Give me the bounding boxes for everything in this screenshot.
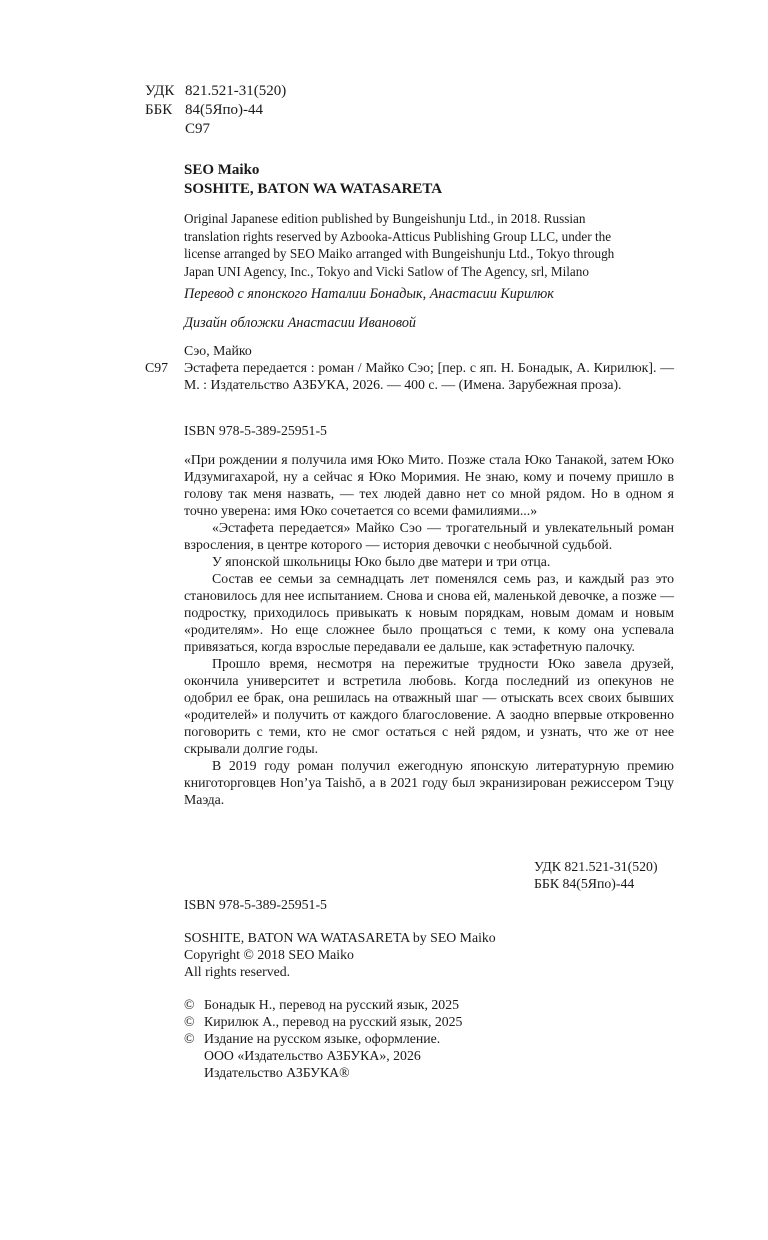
- udk-label: УДК: [145, 82, 185, 101]
- original-title-block: SEO Maiko SOSHITE, BATON WA WATASARETA: [184, 161, 442, 199]
- original-author: SEO Maiko: [184, 161, 442, 180]
- rights-line: ©Издание на русском языке, оформление.: [184, 1030, 462, 1047]
- annotation: «При рождении я получила имя Юко Мито. П…: [184, 451, 674, 808]
- translation-credit: Перевод с японского Наталии Бонадык, Ана…: [184, 285, 554, 303]
- annotation-paragraph: «Эстафета передается» Майко Сэо — трогат…: [184, 519, 674, 553]
- copyright-symbol: ©: [184, 1013, 204, 1030]
- bibliographic-sign: С97: [145, 359, 168, 376]
- copyright-line: All rights reserved.: [184, 963, 496, 980]
- original-copyright: SOSHITE, BATON WA WATASARETA by SEO Maik…: [184, 929, 496, 980]
- annotation-paragraph: У японской школьницы Юко было две матери…: [184, 553, 674, 570]
- cover-design-credit: Дизайн обложки Анастасии Ивановой: [184, 314, 416, 332]
- original-title: SOSHITE, BATON WA WATASARETA: [184, 180, 442, 199]
- original-edition-notice: Original Japanese edition published by B…: [184, 210, 676, 280]
- annotation-paragraph: В 2019 году роман получил ежегодную япон…: [184, 757, 674, 808]
- footer-classification: УДК 821.521-31(520) ББК 84(5Япо)-44: [534, 858, 658, 892]
- bbk-value: 84(5Япо)-44: [185, 101, 263, 120]
- copyright-line: SOSHITE, BATON WA WATASARETA by SEO Maik…: [184, 929, 496, 946]
- rights-line: ©Кирилюк А., перевод на русский язык, 20…: [184, 1013, 462, 1030]
- rights-line: ©Бонадык Н., перевод на русский язык, 20…: [184, 996, 462, 1013]
- footer-udk: УДК 821.521-31(520): [534, 858, 658, 875]
- bbk-label: ББК: [145, 101, 185, 120]
- author-sign: С97: [185, 120, 210, 139]
- bibliographic-author: Сэо, Майко: [184, 342, 674, 359]
- bibliographic-description: Эстафета передается : роман / Майко Сэо;…: [184, 359, 674, 393]
- classification-codes: УДК821.521-31(520) ББК84(5Япо)-44 С97: [145, 82, 286, 139]
- russian-rights: ©Бонадык Н., перевод на русский язык, 20…: [184, 996, 462, 1081]
- copyright-page: УДК821.521-31(520) ББК84(5Япо)-44 С97 SE…: [0, 0, 768, 1240]
- annotation-paragraph: Прошло время, несмотря на пережитые труд…: [184, 655, 674, 757]
- rights-line: Издательство АЗБУКА®: [184, 1064, 462, 1081]
- edition-line: Japan UNI Agency, Inc., Tokyo and Vicki …: [184, 263, 676, 281]
- annotation-paragraph: «При рождении я получила имя Юко Мито. П…: [184, 451, 674, 519]
- bibliographic-record: Сэо, Майко Эстафета передается : роман /…: [184, 342, 674, 393]
- annotation-paragraph: Состав ее семьи за семнадцать лет поменя…: [184, 570, 674, 655]
- copyright-symbol: ©: [184, 996, 204, 1013]
- rights-line: ООО «Издательство АЗБУКА», 2026: [184, 1047, 462, 1064]
- footer-bbk: ББК 84(5Япо)-44: [534, 875, 658, 892]
- copyright-line: Copyright © 2018 SEO Maiko: [184, 946, 496, 963]
- edition-line: Original Japanese edition published by B…: [184, 210, 676, 228]
- footer-isbn: ISBN 978-5-389-25951-5: [184, 896, 327, 913]
- edition-line: license arranged by SEO Maiko arranged w…: [184, 245, 676, 263]
- edition-line: translation rights reserved by Azbooka-A…: [184, 228, 676, 246]
- isbn: ISBN 978-5-389-25951-5: [184, 422, 327, 439]
- udk-value: 821.521-31(520): [185, 82, 286, 101]
- copyright-symbol: ©: [184, 1030, 204, 1047]
